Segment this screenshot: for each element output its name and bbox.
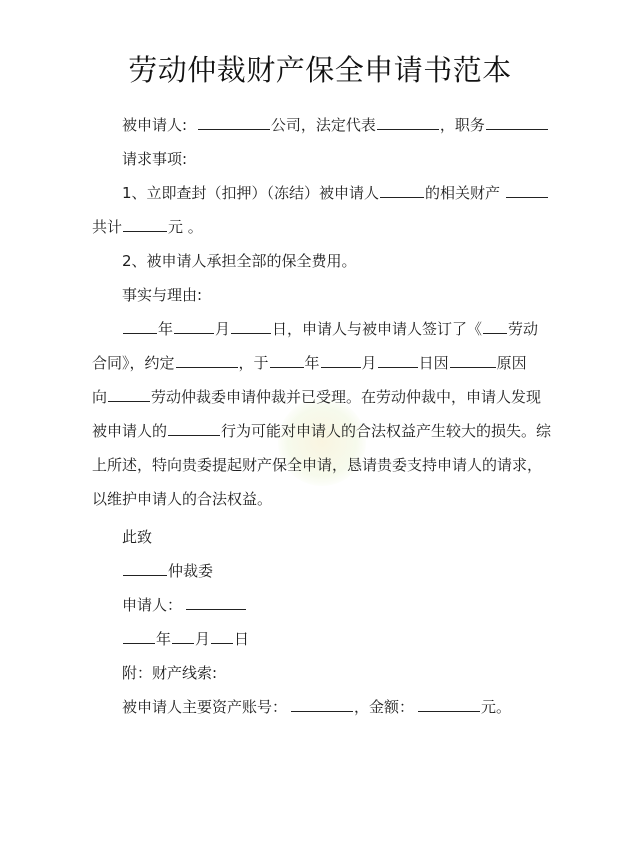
account-label: 被申请人主要资产账号： xyxy=(122,698,287,716)
reason-blank[interactable] xyxy=(450,350,496,368)
sign-day-label: 日 xyxy=(234,630,249,648)
document-title: 劳动仲裁财产保全申请书范本 xyxy=(0,48,640,89)
position-label: ，职务 xyxy=(440,116,485,134)
sign-day-blank[interactable] xyxy=(211,626,233,644)
salutation-text: 此致 xyxy=(122,528,152,546)
facts-text-2: 劳动 xyxy=(508,320,538,338)
appendix-account-line: 被申请人主要资产账号：，金额：元。 xyxy=(92,690,552,724)
facts-line-2: 合同》，约定，于年月日因原因 xyxy=(92,346,552,380)
applicant-signature-blank[interactable] xyxy=(186,592,246,610)
claim-1-text-c: 共计 xyxy=(92,218,122,236)
contract-day-blank[interactable] xyxy=(231,316,271,334)
month-label-2: 月 xyxy=(362,354,377,372)
company-legal-rep-label: 公司，法定代表 xyxy=(271,116,376,134)
sign-year-label: 年 xyxy=(156,630,171,648)
salutation-line: 此致 xyxy=(92,520,552,554)
behavior-blank[interactable] xyxy=(168,418,220,436)
dispute-month-blank[interactable] xyxy=(321,350,361,368)
position-blank[interactable] xyxy=(486,112,548,130)
appendix-heading-text: 附：财产线索: xyxy=(122,664,217,682)
legal-rep-blank[interactable] xyxy=(377,112,439,130)
facts-heading-text: 事实与理由: xyxy=(122,286,202,304)
amount-label: ，金额： xyxy=(354,698,414,716)
year-label-2: 年 xyxy=(305,354,320,372)
applicant-label: 申请人： xyxy=(122,596,182,614)
facts-text-10: 行为可能对申请人的合法权益产生较大的损失。综 xyxy=(221,422,551,440)
claim-1-text-a: 1、立即查封（扣押）（冻结）被申请人 xyxy=(122,184,379,202)
facts-text-6: 原因 xyxy=(497,354,527,372)
facts-line-1: 年月日，申请人与被申请人签订了《劳动 xyxy=(92,312,552,346)
respondent-line: 被申请人: 公司，法定代表，职务 xyxy=(92,108,552,142)
respondent-label: 被申请人: xyxy=(122,116,187,134)
facts-line-4: 被申请人的行为可能对申请人的合法权益产生较大的损失。综 xyxy=(92,414,552,448)
claim-1-text-b: 的相关财产 xyxy=(425,184,500,202)
claim-1-respondent-blank[interactable] xyxy=(380,180,424,198)
committee-blank[interactable] xyxy=(123,558,167,576)
claim-1-text-d: 元 。 xyxy=(168,218,203,236)
facts-line-5: 上所述，特向贵委提起财产保全申请，恳请贵委支持申请人的请求， xyxy=(92,448,552,482)
claims-heading: 请求事项: xyxy=(92,142,552,176)
year-label: 年 xyxy=(158,320,173,338)
claim-1-amount-blank[interactable] xyxy=(123,214,167,232)
contract-year-blank[interactable] xyxy=(123,316,157,334)
appendix-heading: 附：财产线索: xyxy=(92,656,552,690)
committee-line: 仲裁委 xyxy=(92,554,552,588)
facts-line-6: 以维护申请人的合法权益。 xyxy=(92,482,552,516)
document-body: 被申请人: 公司，法定代表，职务 请求事项: 1、立即查封（扣押）（冻结）被申请… xyxy=(92,108,552,724)
claim-1-property-blank[interactable] xyxy=(506,180,548,198)
claims-heading-text: 请求事项: xyxy=(122,150,187,168)
dispute-year-blank[interactable] xyxy=(270,350,304,368)
respondent-company-blank[interactable] xyxy=(198,112,270,130)
applicant-line: 申请人： xyxy=(92,588,552,622)
month-label: 月 xyxy=(215,320,230,338)
facts-text-3: 合同》，约定 xyxy=(92,354,175,372)
contract-month-blank[interactable] xyxy=(174,316,214,334)
sign-year-blank[interactable] xyxy=(123,626,155,644)
facts-text-12: 以维护申请人的合法权益。 xyxy=(92,490,272,508)
account-number-blank[interactable] xyxy=(291,694,353,712)
facts-heading: 事实与理由: xyxy=(92,278,552,312)
amount-blank[interactable] xyxy=(418,694,480,712)
sign-month-label: 月 xyxy=(195,630,210,648)
facts-line-3: 向劳动仲裁委申请仲裁并已受理。在劳动仲裁中，申请人发现 xyxy=(92,380,552,414)
facts-text-8: 劳动仲裁委申请仲裁并已受理。在劳动仲裁中，申请人发现 xyxy=(151,388,541,406)
claim-2-line: 2、被申请人承担全部的保全费用。 xyxy=(92,244,552,278)
amount-suffix: 元。 xyxy=(481,698,511,716)
document-page: 劳动仲裁财产保全申请书范本 被申请人: 公司，法定代表，职务 请求事项: 1、立… xyxy=(0,0,640,855)
committee-label: 仲裁委 xyxy=(168,562,213,580)
claim-1-line-2: 共计元 。 xyxy=(92,210,552,244)
date-line: 年月日 xyxy=(92,622,552,656)
contract-type-blank[interactable] xyxy=(483,316,507,334)
arbitration-committee-blank[interactable] xyxy=(108,384,150,402)
facts-text-5: 日因 xyxy=(419,354,449,372)
facts-text-7: 向 xyxy=(92,388,107,406)
agreement-blank[interactable] xyxy=(176,350,238,368)
facts-text-4: ，于 xyxy=(239,354,269,372)
facts-text-9: 被申请人的 xyxy=(92,422,167,440)
sign-month-blank[interactable] xyxy=(172,626,194,644)
dispute-day-blank[interactable] xyxy=(378,350,418,368)
claim-2-text: 2、被申请人承担全部的保全费用。 xyxy=(122,252,357,270)
facts-text-1: 日，申请人与被申请人签订了《 xyxy=(272,320,482,338)
facts-text-11: 上所述，特向贵委提起财产保全申请，恳请贵委支持申请人的请求， xyxy=(92,456,542,474)
claim-1-line-1: 1、立即查封（扣押）（冻结）被申请人的相关财产 xyxy=(92,176,552,210)
